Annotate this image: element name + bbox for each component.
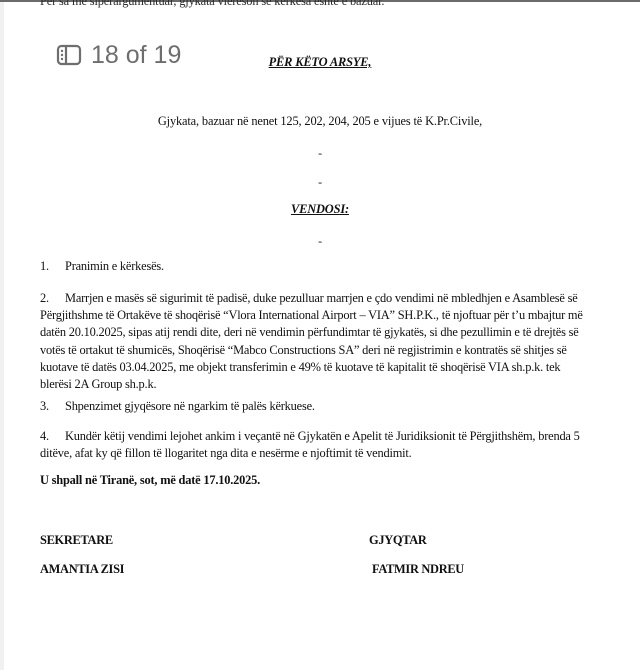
judge-title: GJYQTAR <box>369 532 427 548</box>
page-indicator[interactable]: 18 of 19 <box>56 40 181 70</box>
item-text-line: votës të ortakut të shumicës, Shoqërisë … <box>40 342 600 359</box>
item-number: 2. <box>40 290 65 307</box>
decision-heading: VENDOSI: <box>0 200 640 218</box>
decision-item-1: 1.Pranimin e kërkesës. <box>40 258 600 275</box>
decision-item-2: 2.Marrjen e masës së sigurimit të padisë… <box>40 290 600 393</box>
item-text-line: Përgjithshme të Ortakëve të shoqërisë “V… <box>40 307 600 324</box>
page-count-text: 18 of 19 <box>91 41 181 70</box>
legal-basis-text: Gjykata, bazuar në nenet 125, 202, 204, … <box>0 112 640 130</box>
secretary-name: AMANTIA ZISI <box>40 561 124 577</box>
decision-item-3: 3.Shpenzimet gjyqësore në ngarkim të pal… <box>40 398 600 415</box>
item-text-line: ditëve, afat ky që fillon të llogaritet … <box>40 445 600 462</box>
decision-item-4: 4.Kundër këtij vendimi lejohet ankim i v… <box>40 428 600 462</box>
item-text-line: Kundër këtij vendimi lejohet ankim i veç… <box>65 429 580 443</box>
separator-dash: - <box>0 144 640 162</box>
item-text-line: datën 20.10.2025, sipas atij rendi dite,… <box>40 324 600 341</box>
item-text-line: kuotave të datës 03.04.2025, me objekt t… <box>40 359 600 376</box>
judge-name: FATMIR NDREU <box>372 561 464 577</box>
item-text-line: blerësi 2A Group sh.p.k. <box>40 376 600 393</box>
separator-dash: - <box>0 232 640 250</box>
item-text: Pranimin e kërkesës. <box>65 259 164 273</box>
item-number: 3. <box>40 398 65 415</box>
item-number: 4. <box>40 428 65 445</box>
viewer-left-edge <box>0 2 4 670</box>
item-text-line: Marrjen e masës së sigurimit të padisë, … <box>65 291 578 305</box>
sidebar-thumbnails-icon[interactable] <box>56 42 82 68</box>
item-number: 1. <box>40 258 65 275</box>
secretary-title: SEKRETARE <box>40 532 113 548</box>
item-text: Shpenzimet gjyqësore në ngarkim të palës… <box>65 399 315 413</box>
announcement-text: U shpall në Tiranë, sot, më datë 17.10.2… <box>40 472 600 489</box>
document-page: Për sa më sipërargumentuar, gjykata vler… <box>0 0 640 670</box>
separator-dash: - <box>0 173 640 191</box>
cut-off-previous-line: Për sa më sipërargumentuar, gjykata vler… <box>40 0 384 10</box>
